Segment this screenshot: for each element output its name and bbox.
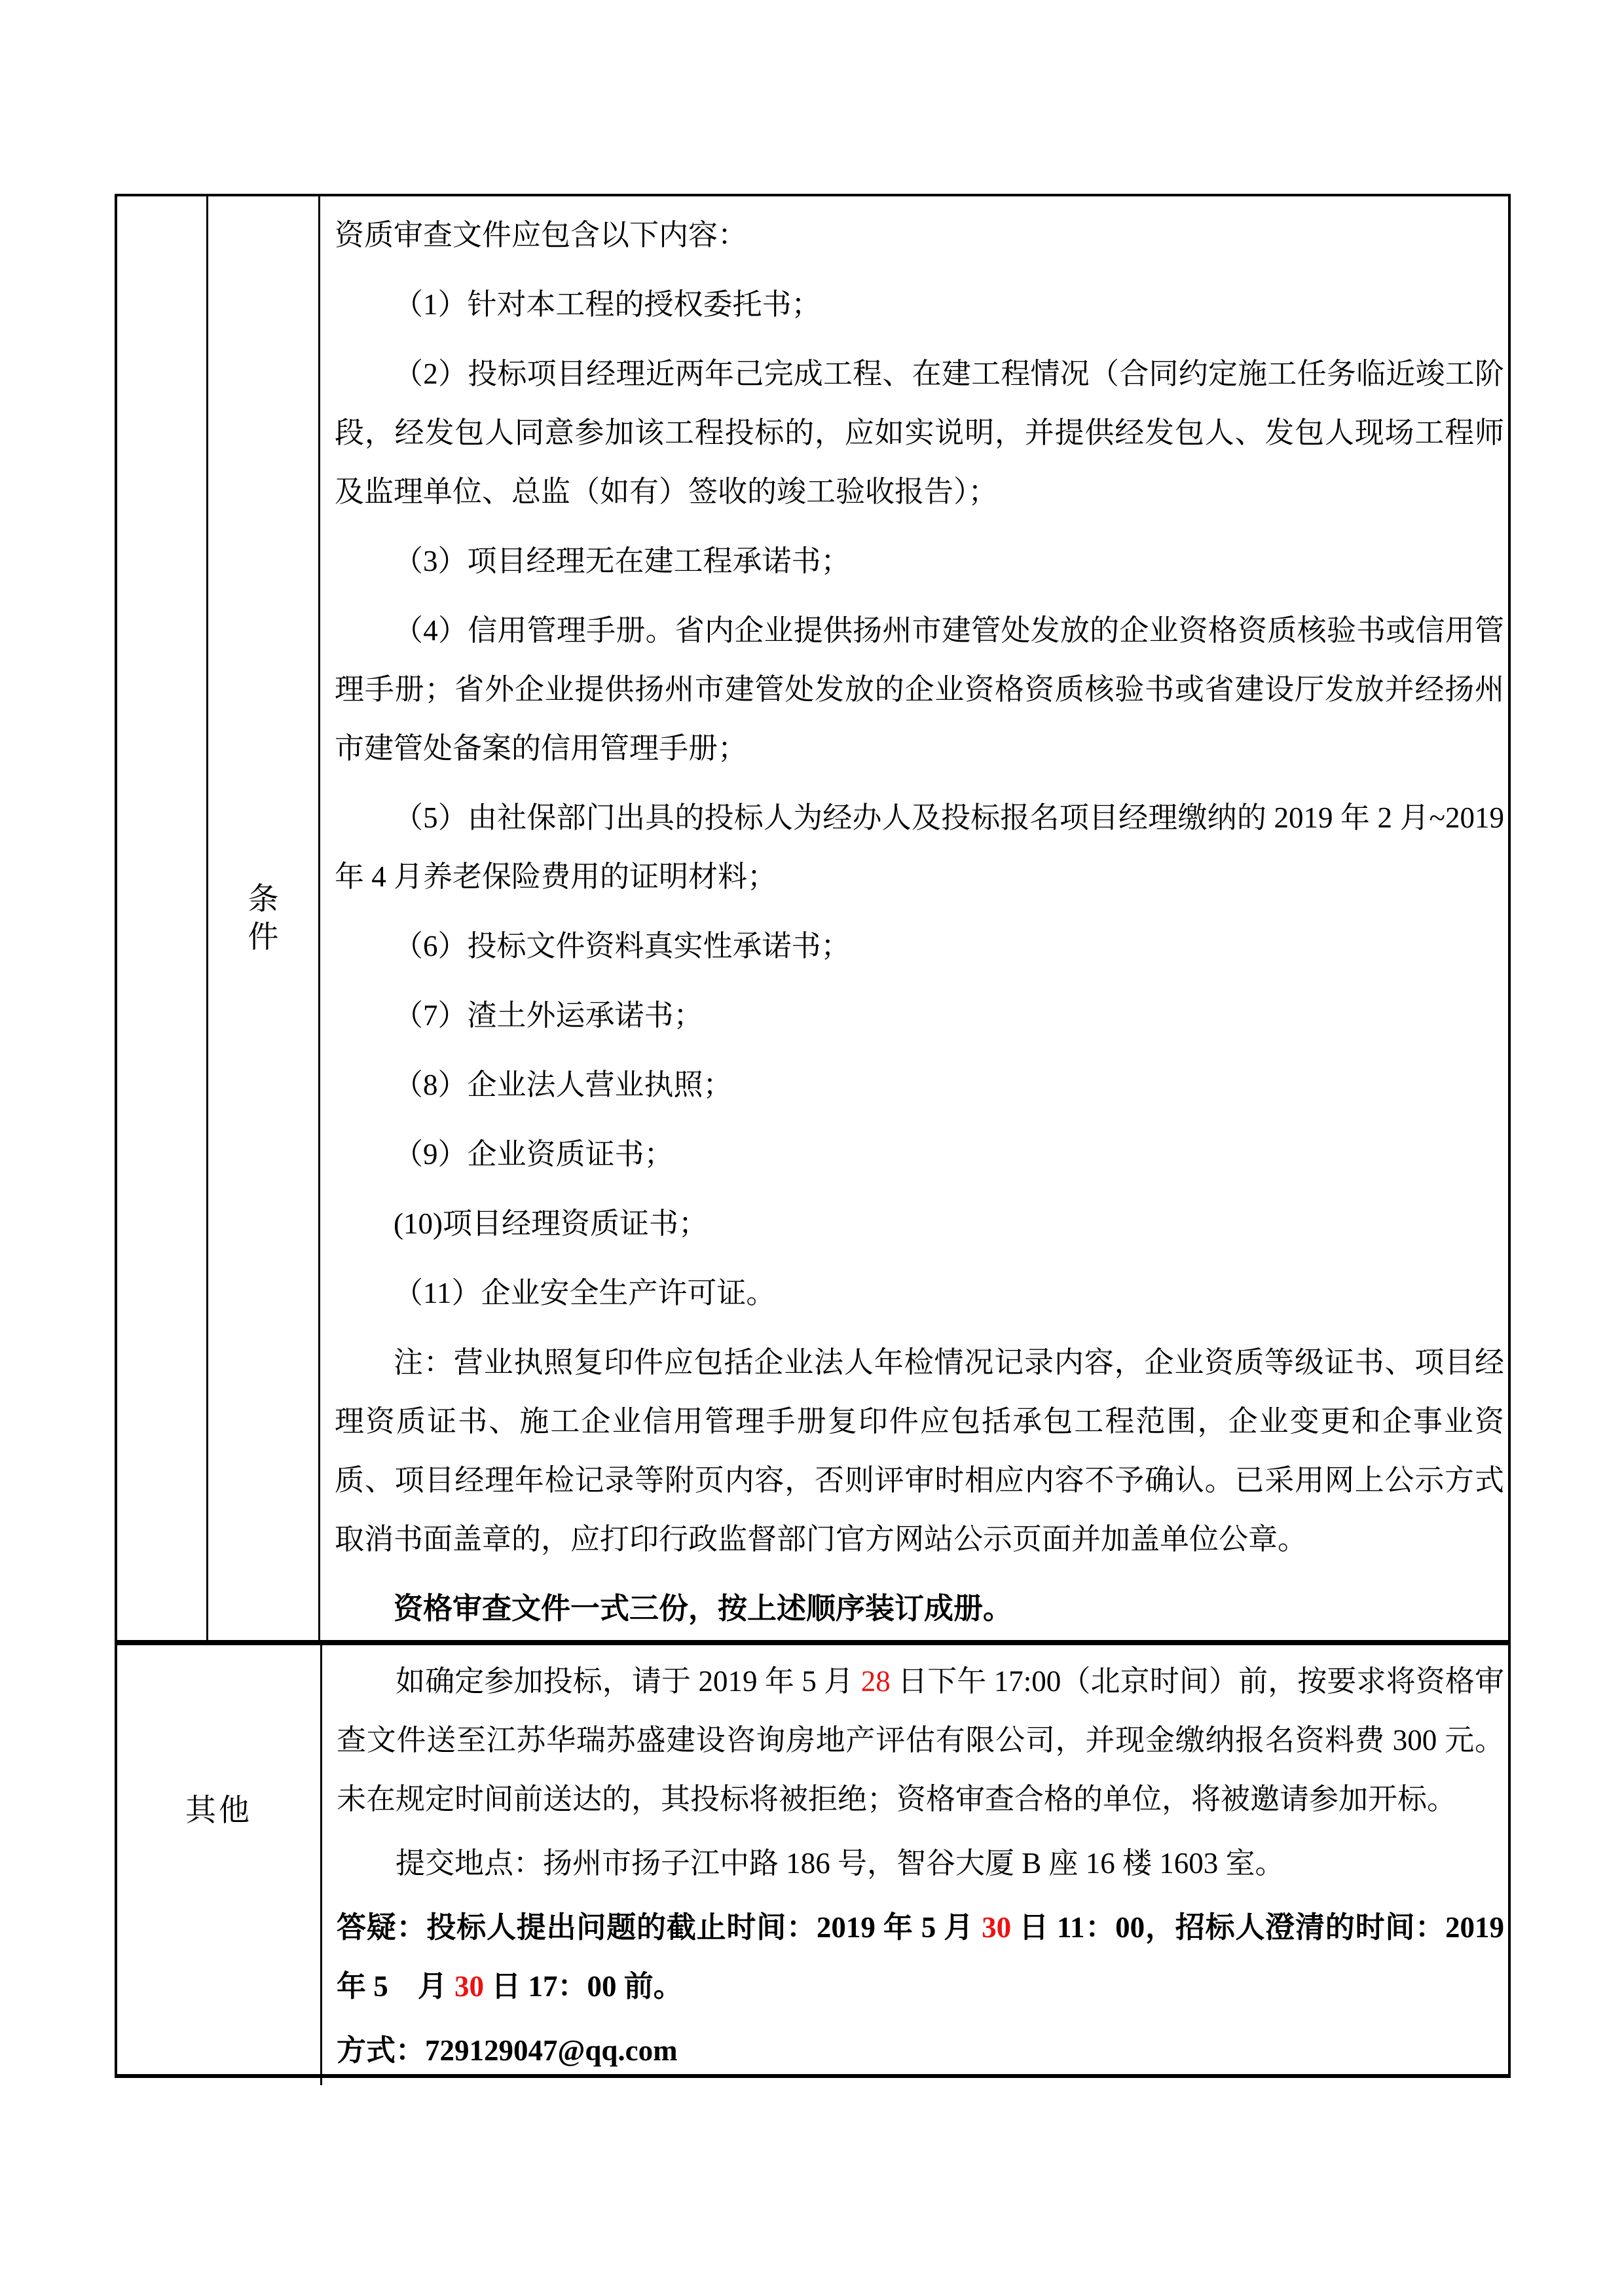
paragraph: 方式：729129047@qq.com: [337, 2021, 1504, 2080]
text-run: 资质审查文件应包含以下内容：: [335, 219, 747, 251]
conditions-label-cell: 条件: [208, 196, 320, 1640]
paragraph: （3）项目经理无在建工程承诺书；: [335, 532, 1504, 591]
text-run: （7）渣土外运承诺书；: [394, 999, 703, 1032]
conditions-content: 资质审查文件应包含以下内容：（1）针对本工程的授权委托书；（2）投标项目经理近两…: [320, 196, 1508, 1640]
paragraph: （8）企业法人营业执照；: [335, 1055, 1504, 1114]
text-run: （4）信用管理手册。省内企业提供扬州市建管处发放的企业资格资质核验书或信用管理手…: [335, 614, 1504, 765]
text-run: 日 17：00 前。: [484, 1970, 683, 2003]
paragraph: 如确定参加投标，请于 2019 年 5 月 28 日下午 17:00（北京时间）…: [337, 1652, 1504, 1829]
text-run: 方式：729129047@qq.com: [337, 2034, 678, 2067]
paragraph: (10)项目经理资质证书；: [335, 1194, 1504, 1253]
text-run: 注：营业执照复印件应包括企业法人年检情况记录内容，企业资质等级证书、项目经理资质…: [335, 1346, 1504, 1556]
text-run: （2）投标项目经理近两年己完成工程、在建工程情况（合同约定施工任务临近竣工阶段，…: [335, 357, 1504, 508]
highlighted-date: 30: [454, 1970, 484, 2003]
paragraph: （4）信用管理手册。省内企业提供扬州市建管处发放的企业资格资质核验书或信用管理手…: [335, 601, 1504, 778]
paragraph: （6）投标文件资料真实性承诺书；: [335, 917, 1504, 975]
table-row-conditions: 条件 资质审查文件应包含以下内容：（1）针对本工程的授权委托书；（2）投标项目经…: [117, 196, 1508, 1640]
paragraph: （2）投标项目经理近两年己完成工程、在建工程情况（合同约定施工任务临近竣工阶段，…: [335, 344, 1504, 521]
text-run: （6）投标文件资料真实性承诺书；: [394, 930, 851, 962]
text-run: （3）项目经理无在建工程承诺书；: [394, 545, 851, 577]
row-divider: [117, 1640, 1508, 1645]
paragraph: （11）企业安全生产许可证。: [335, 1264, 1504, 1322]
other-label-cell: 其他: [117, 1645, 322, 2085]
text-run: 提交地点：扬州市扬子江中路 186 号，智谷大厦 B 座 16 楼 1603 室…: [396, 1847, 1285, 1880]
text-run: （8）企业法人营业执照；: [394, 1068, 733, 1101]
text-run: （1）针对本工程的授权委托书；: [394, 288, 821, 321]
paragraph: 提交地点：扬州市扬子江中路 186 号，智谷大厦 B 座 16 楼 1603 室…: [337, 1834, 1504, 1893]
highlighted-date: 28: [861, 1665, 891, 1698]
other-content: 如确定参加投标，请于 2019 年 5 月 28 日下午 17:00（北京时间）…: [322, 1645, 1508, 2085]
paragraph: （1）针对本工程的授权委托书；: [335, 275, 1504, 334]
paragraph: （5）由社保部门出具的投标人为经办人及投标报名项目经理缴纳的 2019 年 2 …: [335, 788, 1504, 906]
paragraph: 答疑：投标人提出问题的截止时间：2019 年 5 月 30 日 11：00，招标…: [337, 1898, 1504, 2016]
text-run: （5）由社保部门出具的投标人为经办人及投标报名项目经理缴纳的 2019 年 2 …: [335, 801, 1504, 893]
text-run: （9）企业资质证书；: [394, 1138, 674, 1171]
tender-info-table: 条件 资质审查文件应包含以下内容：（1）针对本工程的授权委托书；（2）投标项目经…: [115, 194, 1511, 2078]
text-run: 如确定参加投标，请于 2019 年 5 月: [396, 1665, 861, 1698]
text-run: 资格审查文件一式三份，按上述顺序装订成册。: [394, 1592, 1012, 1625]
text-run: （11）企业安全生产许可证。: [394, 1277, 775, 1309]
highlighted-date: 30: [982, 1911, 1011, 1944]
text-run: (10)项目经理资质证书；: [394, 1207, 708, 1240]
paragraph: 资格审查文件一式三份，按上述顺序装订成册。: [335, 1579, 1504, 1638]
conditions-label: 条件: [248, 881, 279, 957]
table-row-other: 其他 如确定参加投标，请于 2019 年 5 月 28 日下午 17:00（北京…: [117, 1645, 1508, 2085]
paragraph: （9）企业资质证书；: [335, 1125, 1504, 1184]
paragraph: （7）渣土外运承诺书；: [335, 986, 1504, 1045]
paragraph: 资质审查文件应包含以下内容：: [335, 206, 1504, 264]
paragraph: 注：营业执照复印件应包括企业法人年检情况记录内容，企业资质等级证书、项目经理资质…: [335, 1333, 1504, 1569]
other-label: 其他: [185, 1786, 252, 1830]
text-run: 答疑：投标人提出问题的截止时间：2019 年 5 月: [337, 1911, 982, 1944]
document-page: { "colors": { "highlight_red": "#ee1111"…: [0, 0, 1624, 2296]
empty-category-cell: [117, 196, 208, 1640]
